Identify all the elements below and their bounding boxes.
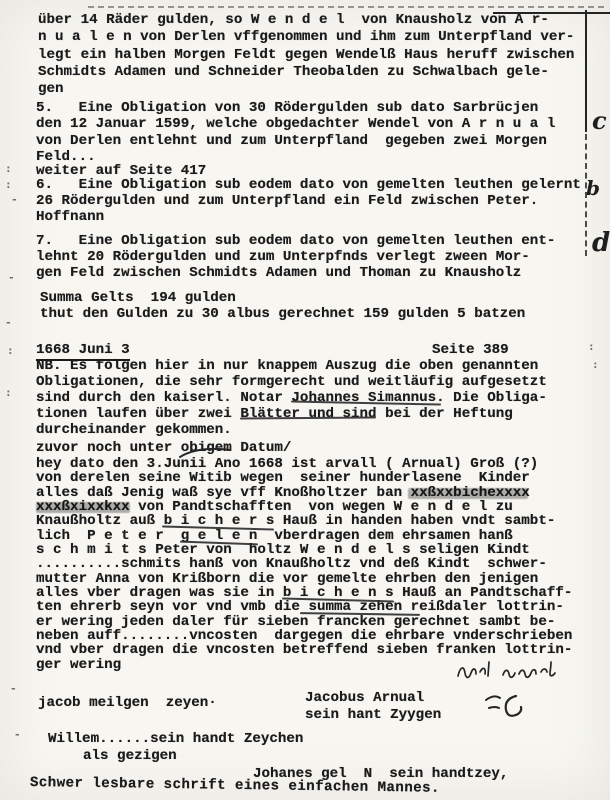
summa-block: Summa Gelts 194 guldenthut den Gulden zu… [40,290,525,322]
signature-hand-mark [483,690,525,724]
illegible-handwriting-note [455,660,587,684]
scan-speck: - [8,271,15,284]
overtyped-text-smudge [408,488,528,499]
margin-annotation-b: b [586,176,600,200]
signature-willem: Willem......sein handt Zeychen [48,731,303,747]
scan-speck: : [592,358,599,371]
obligation-item-6: 6. Eine Obligation sub eodem dato von ge… [36,178,581,225]
text-line: lich P e t e r g e l e n vberdragen dem … [36,529,572,543]
scan-speck: - [5,316,12,329]
signature-jacobus-handzeichen: sein hant Zyygen [305,707,441,723]
signature-jacobus-arnual: Jacobus Arnual [305,690,424,706]
text-line: Hoffnann [36,210,581,226]
text-line: 7. Eine Obligation sub eodem dato von ge… [36,233,555,249]
text-line: von derelen seine Witib wegen seiner hun… [36,471,572,485]
text-line: durcheinander gekommen. [36,422,547,438]
text-line: n u a l e n von Derlen vffgenommen und i… [38,29,574,46]
text-line: Obligationen, die sehr formgerecht und w… [36,374,547,390]
scan-noise-line [88,6,604,8]
scan-speck: : [7,344,14,357]
text-line: er wering jeden daler für sieben francke… [36,615,572,629]
text-line: Schmidts Adamen und Schneider Theobalden… [38,64,574,81]
text-line: lehnt 20 Rödergulden und zum Unterpfnds … [36,249,555,265]
handwritten-swoosh-obigem [178,445,236,459]
page-reference: Seite 389 [432,342,509,358]
margin-rule-vertical [585,10,587,132]
text-line: von Derlen entlehnt und zum Unterpfland … [36,133,555,149]
text-line: sind durch den kaiserl. Notar Johannes S… [36,390,547,406]
text-line: Summa Gelts 194 gulden [40,290,525,306]
overtyped-text-smudge [36,502,130,513]
paragraph-continuation: über 14 Räder gulden, so W e n d e l von… [38,12,574,98]
scan-speck: - [11,193,18,206]
scan-speck: : [588,340,595,353]
signature-jacob-meilgen: jacob meilgen zeyen· [38,695,217,711]
document-page: : : - - - : : : : - - über 14 Räder guld… [0,0,610,800]
nb-note: NB. Es folgen hier in nur knappem Auszug… [36,358,547,438]
margin-annotation-d: d [592,228,610,258]
scan-speck: : [5,386,12,399]
text-line: gen [38,81,574,98]
text-line: Knaußholtz auß b i c h e r s Hauß in han… [36,514,572,528]
text-line: über 14 Räder gulden, so W e n d e l von… [38,12,574,29]
signature-als-gezigen: als gezigen [83,748,177,764]
text-line: tionen laufen über zwei Blätter und sind… [36,406,547,422]
text-line: legt ein halben Morgen Feldt gegen Wende… [38,47,574,64]
zuvor-note: zuvor noch unter obigem Datum/ [36,440,291,456]
text-line: den 12 Januar 1599, welche obgedachter W… [36,116,555,132]
obligation-item-7: 7. Eine Obligation sub eodem dato von ge… [36,233,555,281]
text-line: 5. Eine Obligation von 30 Rödergulden su… [36,100,555,116]
obligation-item-5: 5. Eine Obligation von 30 Rödergulden su… [36,100,555,165]
text-line: vnd vber dragen die vncosten betreffend … [36,643,572,657]
text-line: thut den Gulden zu 30 albus gerechnet 15… [40,306,525,322]
scan-speck: - [10,682,17,695]
text-line: ..........schmits hanß von Knaußholtz vn… [36,557,572,571]
text-line: gen Feld zwischen Schmidts Adamen und Th… [36,265,555,281]
scan-speck: : [5,178,12,191]
margin-annotation-c: c [592,106,607,135]
text-line: 6. Eine Obligation sub eodem dato von ge… [36,178,581,194]
text-line: 26 Rödergulden und zum Unterpfland ein F… [36,194,581,210]
scan-speck: : [5,162,12,175]
scan-speck: - [14,728,21,741]
text-line: mutter Anna von Krißborn die vor gemelte… [36,572,572,586]
text-line: NB. Es folgen hier in nur knappem Auszug… [36,358,547,374]
